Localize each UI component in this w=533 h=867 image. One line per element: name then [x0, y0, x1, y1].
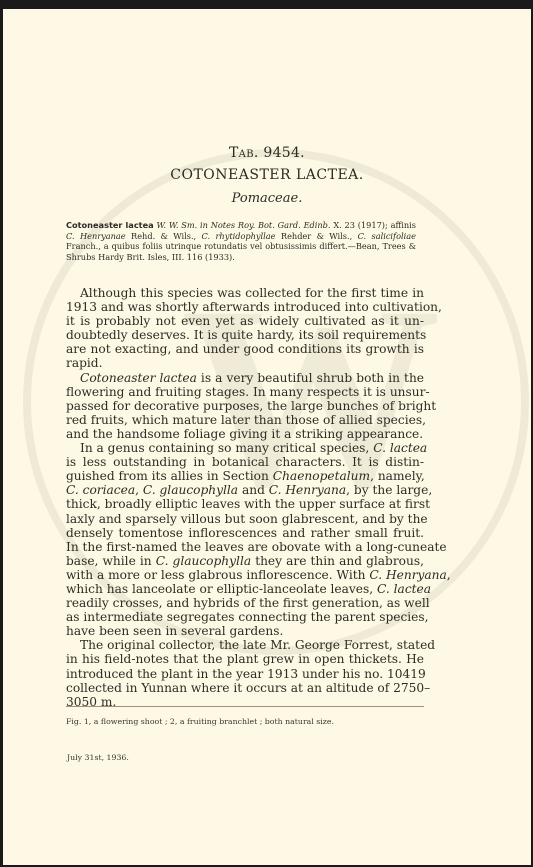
species-italic: C. glaucophylla — [143, 483, 238, 497]
species-italic: C. glaucophylla — [156, 554, 251, 568]
text-line: laxly and sparsely villous but soon glab… — [66, 512, 424, 526]
related-species-1: C. Henryanae — [66, 231, 126, 241]
text-line: rapid. — [66, 356, 424, 370]
text-fragment: , — [135, 483, 143, 497]
text-line: The original collector, the late Mr. Geo… — [66, 638, 424, 652]
text-fragment: guished from its allies in Section — [66, 469, 273, 483]
text-line: red fruits, which mature later than thos… — [66, 413, 424, 427]
text-fragment: base, while in — [66, 554, 156, 568]
related-species-2: C. rhytidophyllae — [202, 231, 276, 241]
species-italic: C. coriacea — [66, 483, 135, 497]
text-fragment: they are thin and glabrous, — [251, 554, 424, 568]
authority-reference: W. W. Sm. in Notes Roy. Bot. Gard. Edinb… — [156, 220, 330, 230]
text-line: which has lanceolate or elliptic-lanceol… — [66, 582, 424, 596]
text-line: in his field-notes that the plant grew i… — [66, 652, 424, 666]
text-line: Cotoneaster lactea is a very beautiful s… — [66, 371, 424, 385]
species-italic: C. lactea — [373, 441, 427, 455]
body-text: Although this species was collected for … — [66, 286, 424, 709]
family-name: Pomaceae. — [3, 191, 531, 206]
species-italic: C. Henryana — [369, 568, 446, 582]
reference-detail: X. 23 (1917); — [333, 220, 387, 230]
text-line: densely tomentose inflorescences and rat… — [66, 526, 424, 540]
text-line: it is probably not even yet as widely cu… — [66, 314, 424, 328]
text-fragment: and — [238, 483, 269, 497]
text-line: base, while in C. glaucophylla they are … — [66, 554, 424, 568]
text-line: In the first-named the leaves are obovat… — [66, 540, 424, 554]
species-title: COTONEASTER LACTEA. — [3, 167, 531, 183]
related-species-2-authority: Rehder & Wils., — [281, 231, 352, 241]
affinis-label: affinis — [391, 220, 416, 230]
text-line: with a more or less glabrous inflorescen… — [66, 568, 424, 582]
text-line: is less outstanding in botanical charact… — [66, 455, 424, 469]
synonymy-block: Cotoneaster lactea W. W. Sm. in Notes Ro… — [66, 220, 416, 262]
text-line: C. coriacea, C. glaucophylla and C. Henr… — [66, 483, 424, 497]
text-line: doubtedly deserves. It is quite hardy, i… — [66, 328, 424, 342]
text-line: and the handsome foliage giving it a str… — [66, 427, 424, 441]
figure-caption: Fig. 1, a flowering shoot ; 2, a fruitin… — [66, 717, 426, 726]
text-line: collected in Yunnan where it occurs at a… — [66, 681, 424, 695]
plate-number: Tab. 9454. — [3, 145, 531, 161]
species-italic: Cotoneaster lactea — [80, 371, 197, 385]
text-line: as intermediate segregates connecting th… — [66, 610, 424, 624]
synonymy-remainder: Franch., a quibus foliis utrinque rotund… — [66, 241, 416, 262]
text-line: 1913 and was shortly afterwards introduc… — [66, 300, 424, 314]
species-italic: C. lactea — [377, 582, 431, 596]
text-fragment: , — [447, 568, 451, 582]
text-fragment: , by the large, — [346, 483, 432, 497]
text-line: thick, broadly elliptic leaves with the … — [66, 497, 424, 511]
section-italic: Chaenopetalum — [273, 469, 370, 483]
paragraph-1: Although this species was collected for … — [66, 286, 424, 371]
related-species-1-authority: Rehd. & Wils., — [131, 231, 196, 241]
related-species-3: C. salicifoliae — [358, 231, 416, 241]
species-name-bold: Cotoneaster lactea — [66, 220, 154, 230]
text-fragment: with a more or less glabrous inflorescen… — [66, 568, 369, 582]
text-fragment: In a genus containing so many critical s… — [80, 441, 373, 455]
paragraph-2: Cotoneaster lactea is a very beautiful s… — [66, 371, 424, 441]
paragraph-4: The original collector, the late Mr. Geo… — [66, 638, 424, 708]
text-line: are not exacting, and under good conditi… — [66, 342, 424, 356]
paragraph-3: In a genus containing so many critical s… — [66, 441, 424, 638]
text-line: readily crosses, and hybrids of the firs… — [66, 596, 424, 610]
species-italic: C. Henryana — [269, 483, 346, 497]
text-line: In a genus containing so many critical s… — [66, 441, 424, 455]
text-fragment: is a very beautiful shrub both in the — [197, 371, 424, 385]
text-line: guished from its allies in Section Chaen… — [66, 469, 424, 483]
text-line: introduced the plant in the year 1913 un… — [66, 667, 424, 681]
publication-date: July 31st, 1936. — [67, 753, 129, 762]
text-line: flowering and fruiting stages. In many r… — [66, 385, 424, 399]
text-line: passed for decorative purposes, the larg… — [66, 399, 424, 413]
text-line: Although this species was collected for … — [66, 286, 424, 300]
text-line: have been seen in several gardens. — [66, 624, 424, 638]
text-fragment: , namely, — [370, 469, 425, 483]
document-page: W Tab. 9454. COTONEASTER LACTEA. Pomacea… — [3, 9, 531, 865]
text-fragment: which has lanceolate or elliptic-lanceol… — [66, 582, 377, 596]
caption-divider — [66, 706, 424, 707]
